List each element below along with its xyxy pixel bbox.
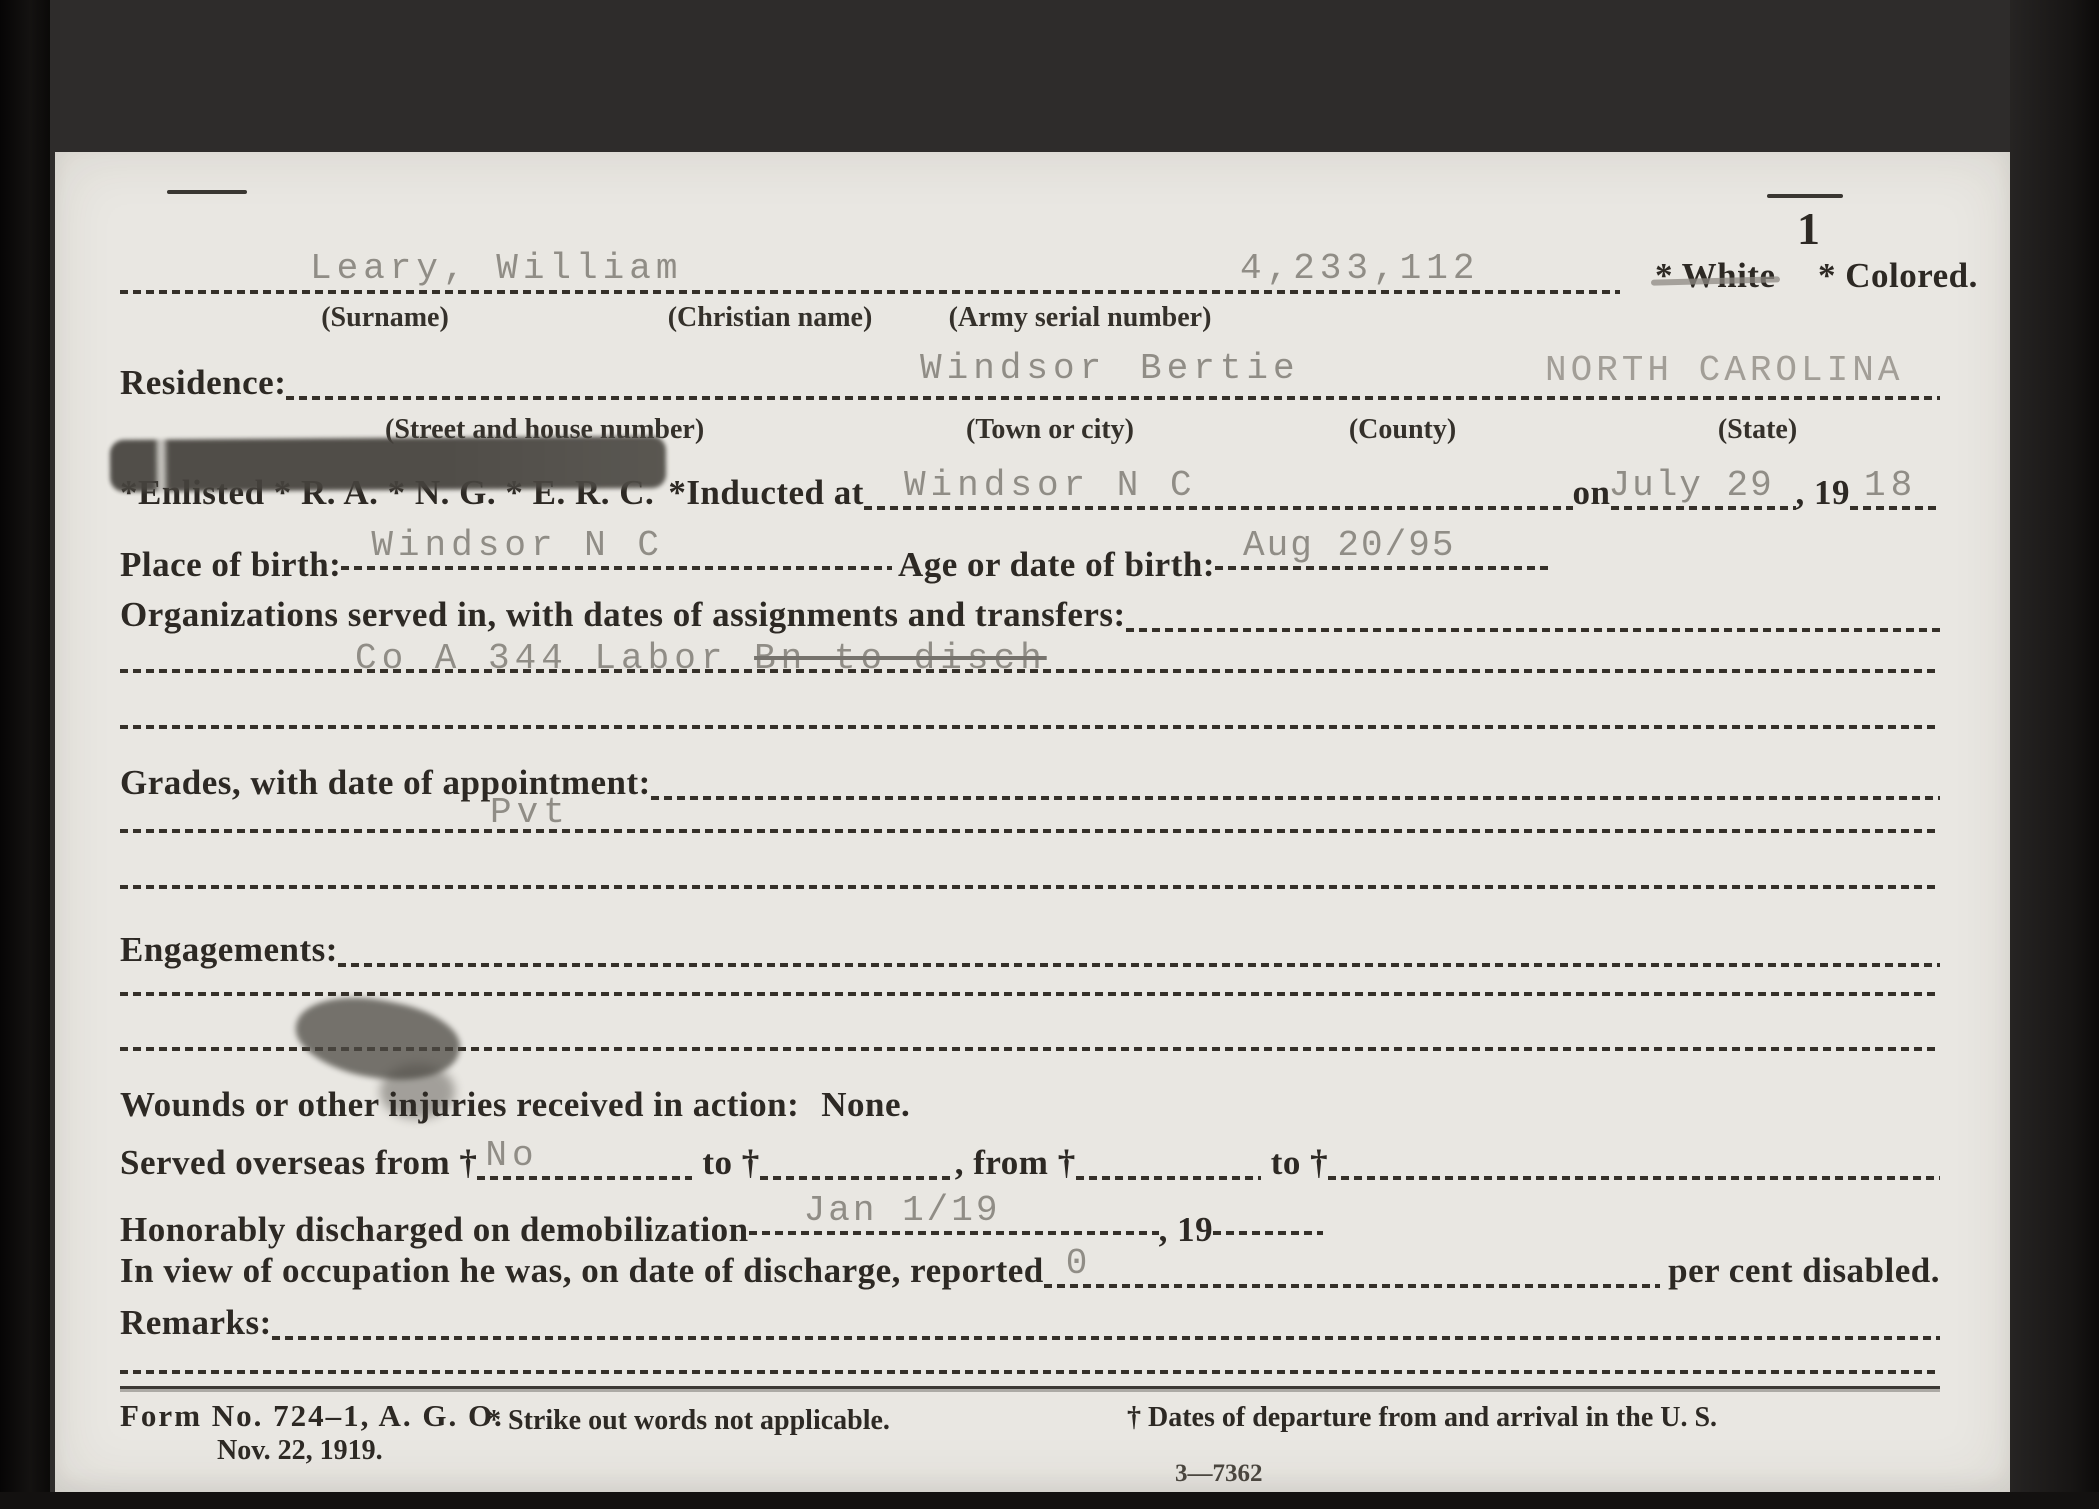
organizations-rule xyxy=(1126,592,1940,638)
disability-suffix: per cent disabled. xyxy=(1668,1248,1940,1294)
engagements-rule xyxy=(338,927,1940,973)
organizations-value: Co A 344 Labor Bn to disch xyxy=(355,638,1047,679)
discharge-date-value: Jan 1/19 xyxy=(804,1190,1001,1231)
age-label: Age or date of birth: xyxy=(898,542,1215,588)
overseas-to2-label: to † xyxy=(1271,1140,1328,1186)
induction-year-rule: 18 xyxy=(1850,470,1940,516)
pen-mark xyxy=(167,190,247,194)
discharge-row: Honorably discharged on demobilization J… xyxy=(120,1195,1940,1241)
grade-value: Pvt xyxy=(490,792,570,833)
overseas-from1-rule: No xyxy=(477,1140,692,1186)
town-caption: (Town or city) xyxy=(900,414,1200,446)
serial-number-caption: (Army serial number) xyxy=(885,302,1275,334)
print-code: 3—7362 xyxy=(1175,1460,1263,1488)
scan-right-black-edge xyxy=(2010,0,2099,1509)
birth-row: Place of birth: Windsor N C Age or date … xyxy=(120,530,1940,576)
christian-name-caption: (Christian name) xyxy=(610,302,930,334)
induction-date-rule: July 29 xyxy=(1611,470,1796,516)
grades-label: Grades, with date of appointment: xyxy=(120,760,651,806)
on-label: on xyxy=(1573,470,1611,516)
place-of-birth-rule: Windsor N C xyxy=(341,530,892,576)
race-option-white: * White xyxy=(1655,256,1776,296)
wounds-label: Wounds or other injuries received in act… xyxy=(120,1082,799,1128)
residence-county-value: Bertie xyxy=(1140,348,1300,389)
overseas-from2-label: , from † xyxy=(955,1140,1076,1186)
dagger-note: † Dates of departure from and arrival in… xyxy=(1127,1402,1717,1434)
overseas-row: Served overseas from † No to † , from † … xyxy=(120,1140,1940,1186)
organizations-blank-rule xyxy=(120,725,1940,729)
page-number-overline xyxy=(1767,194,1843,198)
remarks-row: Remarks: xyxy=(120,1300,1940,1346)
grades-rule xyxy=(651,760,1940,806)
footer-divider xyxy=(120,1386,1940,1389)
state-caption: (State) xyxy=(1610,414,1905,446)
disability-rule: 0 xyxy=(1044,1248,1660,1294)
year-19-label: , 19 xyxy=(1796,470,1851,516)
form-date: Nov. 22, 1919. xyxy=(217,1435,383,1467)
service-record-card: 1 Leary, William 4,233,112 * White * Col… xyxy=(55,152,2010,1492)
name-rule xyxy=(120,290,1620,294)
age-rule: Aug 20/95 xyxy=(1215,530,1550,576)
surname-caption: (Surname) xyxy=(235,302,535,334)
discharge-year-rule xyxy=(1213,1195,1323,1241)
residence-town-value: Windsor xyxy=(920,348,1106,389)
residence-state-value: NORTH CAROLINA xyxy=(1545,350,1903,391)
remarks-blank-rule xyxy=(120,1370,1940,1374)
scan-bottom-black-edge xyxy=(0,1492,2099,1509)
name-value: Leary, William xyxy=(310,248,682,289)
induction-date-value: July 29 xyxy=(1609,465,1774,506)
discharge-date-rule: Jan 1/19 xyxy=(749,1195,1159,1241)
inducted-place-rule: Windsor N C xyxy=(864,470,1573,516)
overseas-to1-label: to † xyxy=(702,1140,759,1186)
disability-label: In view of occupation he was, on date of… xyxy=(120,1248,1044,1294)
wounds-row: Wounds or other injuries received in act… xyxy=(120,1082,1940,1128)
induction-row: *Enlisted * R. A. * N. G. * E. R. C. *In… xyxy=(120,470,1940,516)
engagements-blank-rule-1 xyxy=(120,992,1940,996)
enlistment-type-options: *Enlisted * R. A. * N. G. * E. R. C. xyxy=(120,470,654,516)
overseas-from1-value: No xyxy=(485,1135,538,1176)
organizations-value-struck: Bn to disch xyxy=(754,638,1047,679)
place-of-birth-value: Windsor N C xyxy=(371,525,664,566)
overseas-from1-label: Served overseas from † xyxy=(120,1140,477,1186)
overseas-from2-rule xyxy=(1076,1140,1261,1186)
serial-number-value: 4,233,112 xyxy=(1240,248,1479,289)
overseas-to1-rule xyxy=(760,1140,955,1186)
discharge-year-label: , 19 xyxy=(1159,1207,1214,1253)
pencil-smudge xyxy=(110,436,667,492)
engagements-row: Engagements: xyxy=(120,927,1940,973)
inducted-at-label: *Inducted at xyxy=(668,470,864,516)
birth-row-spacer xyxy=(1550,530,1940,576)
discharge-row-spacer xyxy=(1323,1195,1940,1241)
grades-blank-rule xyxy=(120,885,1940,889)
strike-out-note: * Strike out words not applicable. xyxy=(487,1405,890,1437)
age-value: Aug 20/95 xyxy=(1243,525,1455,566)
engagements-label: Engagements: xyxy=(120,927,338,973)
remarks-rule xyxy=(272,1300,1940,1346)
organizations-row: Organizations served in, with dates of a… xyxy=(120,592,1940,638)
form-number: Form No. 724–1, A. G. O. xyxy=(120,1398,504,1434)
place-of-birth-label: Place of birth: xyxy=(120,542,341,588)
page-number: 1 xyxy=(1797,202,1820,255)
county-caption: (County) xyxy=(1255,414,1550,446)
grade-entry-rule xyxy=(120,829,1940,833)
overseas-to2-rule xyxy=(1328,1140,1940,1186)
grades-row: Grades, with date of appointment: xyxy=(120,760,1940,806)
scan-left-black-edge xyxy=(0,0,50,1509)
race-option-colored: * Colored. xyxy=(1818,256,1978,296)
discharge-label: Honorably discharged on demobilization xyxy=(120,1207,749,1253)
disability-value: 0 xyxy=(1066,1243,1093,1284)
inducted-place-value: Windsor N C xyxy=(904,465,1197,506)
wounds-value: None. xyxy=(821,1082,910,1128)
organizations-label: Organizations served in, with dates of a… xyxy=(120,592,1126,638)
induction-year-value: 18 xyxy=(1864,465,1917,506)
disability-row: In view of occupation he was, on date of… xyxy=(120,1248,1940,1294)
residence-label: Residence: xyxy=(120,360,286,406)
remarks-label: Remarks: xyxy=(120,1300,272,1346)
